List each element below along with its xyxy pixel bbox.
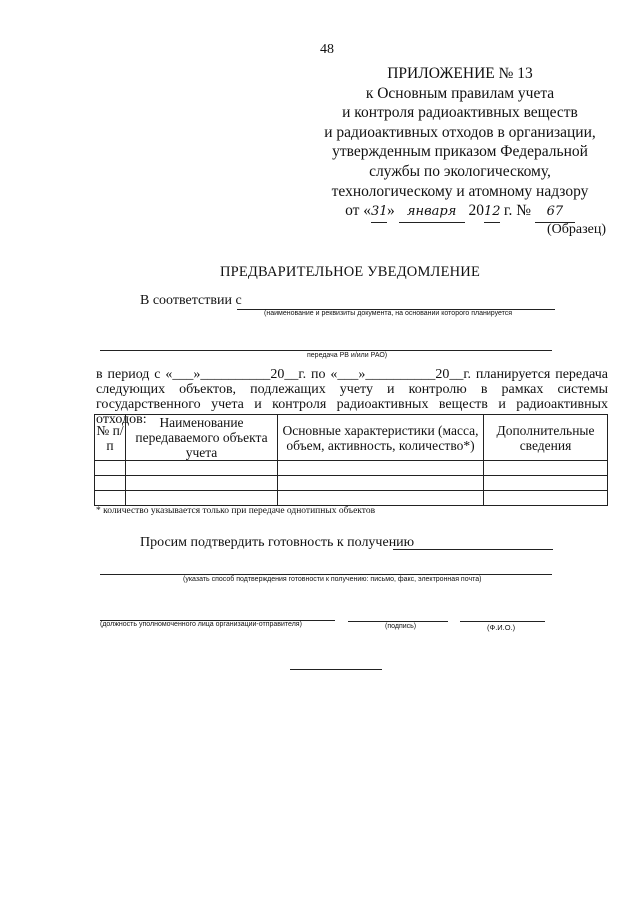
confirm-label: Просим подтвердить готовность к получени… <box>140 535 414 551</box>
table-cell[interactable] <box>278 461 484 476</box>
table-cell[interactable] <box>484 461 608 476</box>
header-characteristics: Основные характеристики (масса, объем, а… <box>278 415 484 461</box>
table-cell[interactable] <box>126 476 278 491</box>
header-additional-info: Дополнительные сведения <box>484 415 608 461</box>
confirm-field-line[interactable] <box>393 549 553 550</box>
name-field-line[interactable] <box>460 621 545 622</box>
order-day: 31 <box>371 202 387 223</box>
header-object-name: Наименование передаваемого объекта учета <box>126 415 278 461</box>
appendix-line: и контроля радиоактивных веществ <box>300 103 620 123</box>
confirm-hint: (указать способ подтверждения готовности… <box>183 576 481 583</box>
sample-label: (Образец) <box>547 222 606 238</box>
table-row <box>95 491 608 506</box>
order-number: 67 <box>535 202 575 223</box>
page-number: 48 <box>320 42 334 58</box>
table-cell[interactable] <box>95 476 126 491</box>
signature-field-line[interactable] <box>348 621 448 622</box>
footnote: * количество указывается только при пере… <box>96 506 375 516</box>
basis-label: В соответствии с <box>140 293 242 309</box>
appendix-line: службы по экологическому, <box>300 162 620 182</box>
appendix-block: ПРИЛОЖЕНИЕ № 13 к Основным правилам учет… <box>300 64 620 223</box>
appendix-line: технологическому и атомному надзору <box>300 182 620 202</box>
table-row <box>95 461 608 476</box>
order-date-line: от «31» января 2012 г. № 67 <box>300 201 620 223</box>
basis-field-line-2[interactable] <box>100 350 552 351</box>
appendix-line: утвержденным приказом Федеральной <box>300 142 620 162</box>
signature-hint: (подпись) <box>385 623 416 630</box>
table-cell[interactable] <box>95 491 126 506</box>
order-month: января <box>399 202 465 223</box>
table-cell[interactable] <box>126 491 278 506</box>
table-cell[interactable] <box>95 461 126 476</box>
position-hint: (должность уполномоченного лица организа… <box>100 621 302 628</box>
document-title: ПРЕДВАРИТЕЛЬНОЕ УВЕДОМЛЕНИЕ <box>0 264 640 281</box>
appendix-line: и радиоактивных отходов в организации, <box>300 123 620 143</box>
table-cell[interactable] <box>126 461 278 476</box>
basis-hint-2: передача РВ и/или РАО) <box>307 352 387 359</box>
order-year: 12 <box>484 202 500 223</box>
name-hint: (Ф.И.О.) <box>487 623 515 632</box>
table-cell[interactable] <box>278 476 484 491</box>
table-cell[interactable] <box>484 476 608 491</box>
objects-table: № п/п Наименование передаваемого объекта… <box>94 414 608 506</box>
table-cell[interactable] <box>484 491 608 506</box>
table-cell[interactable] <box>278 491 484 506</box>
appendix-heading: ПРИЛОЖЕНИЕ № 13 <box>300 64 620 84</box>
confirm-method-line[interactable] <box>100 574 552 575</box>
basis-hint-1: (наименование и реквизиты документа, на … <box>264 310 512 317</box>
appendix-line: к Основным правилам учета <box>300 84 620 104</box>
table-row <box>95 476 608 491</box>
table-header-row: № п/п Наименование передаваемого объекта… <box>95 415 608 461</box>
closing-divider <box>290 669 382 670</box>
header-number: № п/п <box>95 415 126 461</box>
